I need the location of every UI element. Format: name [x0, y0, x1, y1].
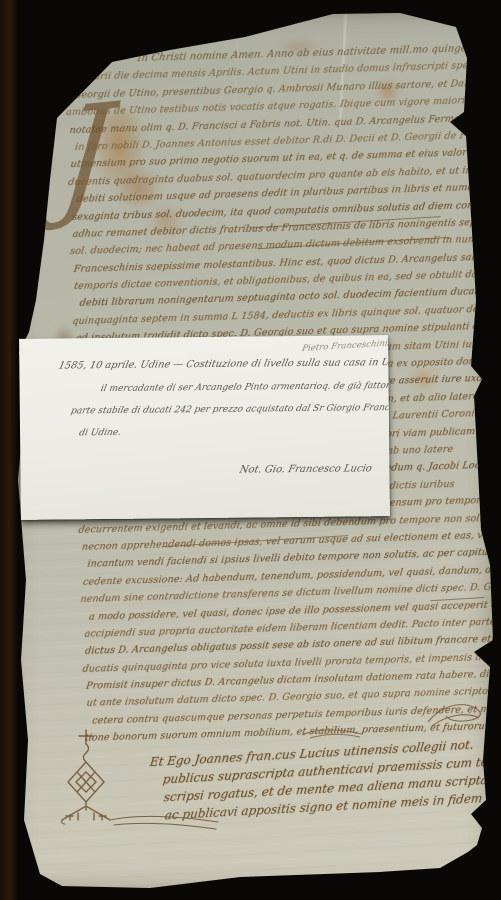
note-annotation: Pietro Franceschinis [301, 338, 390, 354]
note-body-line-4: di Udine. [78, 428, 122, 438]
book-spine-edge [0, 0, 19, 900]
note-body-line-3: parte stabile di ducati 242 per prezzo a… [70, 403, 390, 417]
archival-note: Pietro Franceschinis 1585, 10 aprile. Ud… [19, 335, 390, 520]
note-date-line: 1585, 10 aprile. Udine — Costituzione di… [57, 357, 390, 372]
parchment-texture-streaks [18, 520, 493, 890]
note-body-line-2: il mercadante di ser Arcangelo Pinto arm… [100, 381, 390, 394]
note-signature: Not. Gio. Francesco Lucio [239, 463, 373, 475]
